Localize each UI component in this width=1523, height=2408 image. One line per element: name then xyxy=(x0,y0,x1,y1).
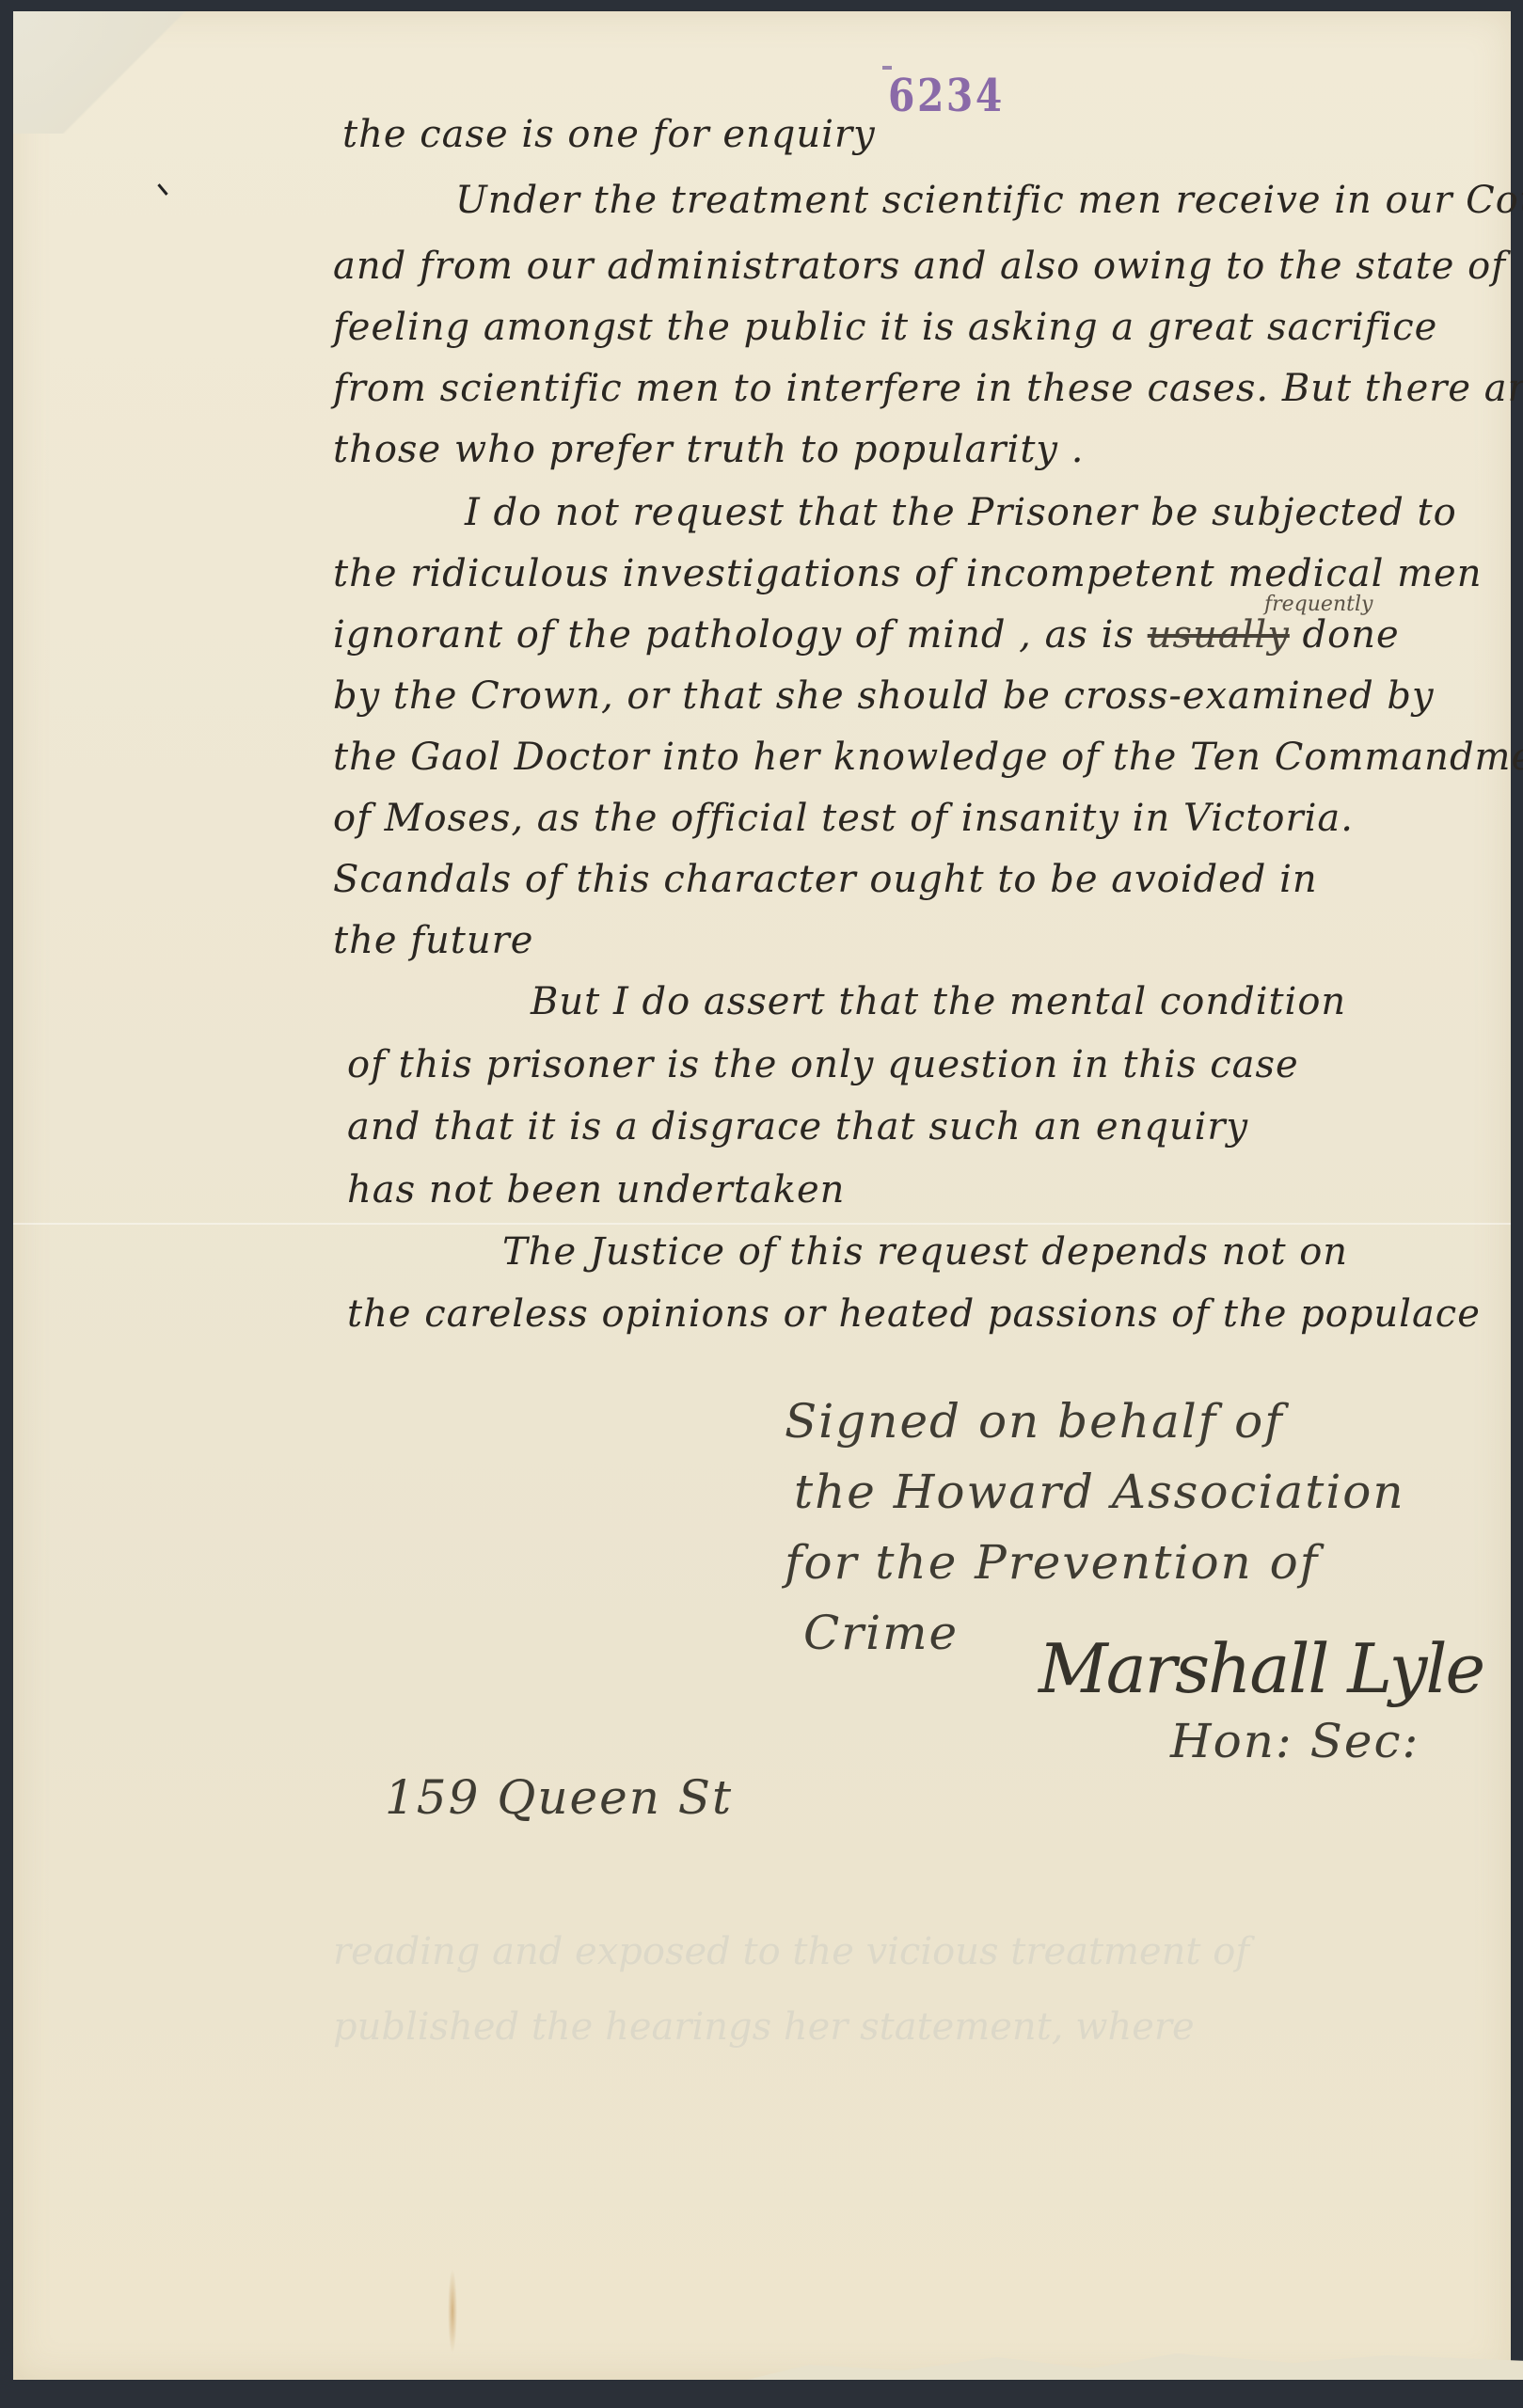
paper-stain xyxy=(448,2269,457,2353)
body-line: and that it is a disgrace that such an e… xyxy=(347,1105,1248,1149)
body-line: by the Crown, or that she should be cros… xyxy=(333,674,1435,718)
body-line: the ridiculous investigations of incompe… xyxy=(333,552,1482,595)
bleed-through-text: published the hearings her statement, wh… xyxy=(333,2005,1195,2049)
ink-mark xyxy=(157,183,167,196)
struck-word: usually xyxy=(1148,613,1290,657)
body-line: Under the treatment scientific men recei… xyxy=(455,179,1523,222)
body-line: feeling amongst the public it is asking … xyxy=(333,306,1437,349)
body-line: of Moses, as the official test of insani… xyxy=(333,797,1354,840)
body-line: of this prisoner is the only question in… xyxy=(347,1043,1299,1086)
signature-block-line: for the Prevention of xyxy=(785,1535,1319,1590)
body-line: from scientific men to interfere in thes… xyxy=(333,367,1523,410)
torn-edge xyxy=(747,2342,1523,2380)
signature-block-line: Crime xyxy=(803,1606,959,1660)
address: 159 Queen St xyxy=(385,1770,733,1825)
signature-block-line: Signed on behalf of xyxy=(785,1394,1284,1449)
inserted-correction: frequently xyxy=(1264,593,1372,616)
body-line: and from our administrators and also owi… xyxy=(333,245,1506,288)
body-line: the careless opinions or heated passions… xyxy=(347,1292,1481,1336)
body-line-text: ignorant of the pathology of mind , as i… xyxy=(333,613,1134,657)
body-line: Scandals of this character ought to be a… xyxy=(333,858,1318,901)
body-line: I do not request that the Prisoner be su… xyxy=(465,491,1457,534)
body-line: the Gaol Doctor into her knowledge of th… xyxy=(333,736,1523,779)
body-line-with-correction: ignorant of the pathology of mind , as i… xyxy=(333,613,1400,657)
body-line: those who prefer truth to popularity . xyxy=(333,428,1084,471)
signature-block-line: the Howard Association xyxy=(794,1465,1405,1519)
body-line: the future xyxy=(333,919,533,962)
signatory-title: Hon: Sec: xyxy=(1170,1714,1420,1768)
body-line: The Justice of this request depends not … xyxy=(502,1230,1348,1274)
body-line: But I do assert that the mental conditio… xyxy=(531,980,1346,1023)
paper-fold xyxy=(13,1223,1511,1225)
document-page: reading and exposed to the vicious treat… xyxy=(13,11,1511,2380)
body-line: the case is one for enquiry xyxy=(342,113,876,156)
signature: Marshall Lyle xyxy=(1039,1629,1483,1708)
following-word: done xyxy=(1303,613,1400,657)
archive-stamp-number: 6234 xyxy=(888,70,1005,122)
bleed-through-text: reading and exposed to the vicious treat… xyxy=(333,1930,1249,1973)
body-line: has not been undertaken xyxy=(347,1168,845,1212)
